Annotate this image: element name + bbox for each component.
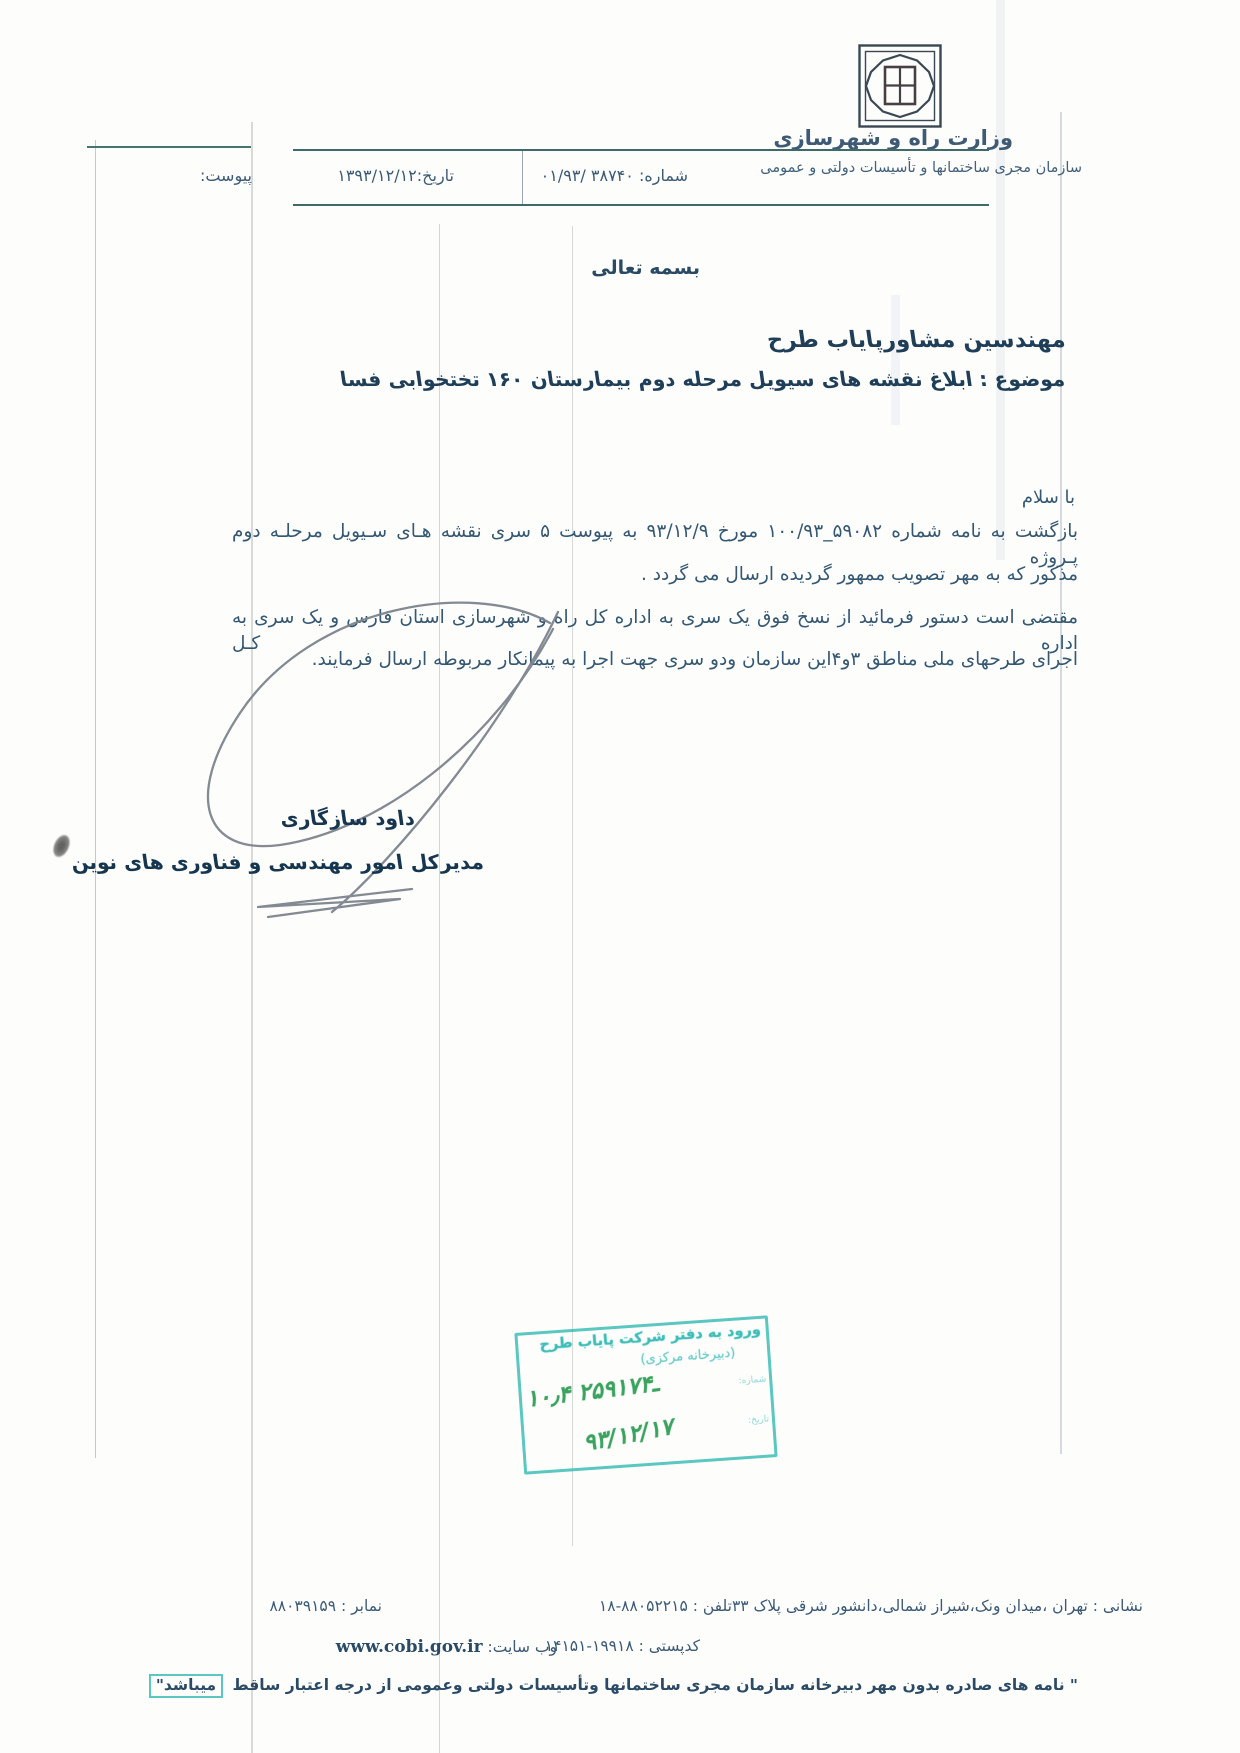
page-edge-left	[95, 140, 96, 1458]
ministry-logo	[858, 44, 942, 128]
letter-number-value: ۰۱/۹۳/ ۳۸۷۴۰	[541, 166, 634, 185]
stamp-subtitle: (دبیرخانه مرکزی)	[640, 1346, 736, 1368]
stamp-date-value: ۹۳/۱۲/۱۷	[581, 1414, 675, 1457]
stamp-date-label: تاریخ:	[748, 1414, 770, 1425]
letter-number-field: شماره: ۰۱/۹۳/ ۳۸۷۴۰	[541, 166, 688, 185]
signature-scribble	[150, 555, 610, 935]
footer-website: وب سایت: www.cobi.gov.ir	[336, 1637, 557, 1657]
stamp-number-value: ۱۰٫۴ ۲ـ۵۹۱۷۴	[525, 1371, 661, 1413]
organization-name: سازمان مجری ساختمانها و تأسیسات دولتی و …	[760, 160, 1082, 176]
entry-stamp: ورود به دفتر شرکت پایاب طرح (دبیرخانه مر…	[514, 1315, 777, 1474]
footer-website-label: وب سایت:	[488, 1638, 557, 1656]
fold-line-1	[251, 122, 253, 1753]
footer-postal-label: کدپستی :	[634, 1637, 700, 1655]
besmele: بسمه تعالی	[591, 257, 700, 279]
stamp-number-label: شماره:	[738, 1375, 766, 1387]
scan-streak-1	[996, 0, 1005, 560]
recipient-line: مهندسین مشاورپایاب طرح	[765, 327, 1067, 353]
field-divider	[522, 151, 523, 204]
rule-bottom	[293, 204, 989, 206]
subject-line: موضوع : ابلاغ نقشه های سیویل مرحله دوم ب…	[339, 367, 1067, 391]
scanned-letter-page: { "header": { "ministry": "وزارت راه و ش…	[0, 0, 1240, 1753]
footer-phone: ۱۸-۸۸۰۵۲۲۱۵	[599, 1597, 688, 1615]
letter-date-field: تاریخ:۱۳۹۳/۱۲/۱۲	[337, 166, 454, 185]
footer-address: نشانی : تهران ،میدان ونک،شیراز شمالی،دان…	[599, 1597, 1143, 1615]
scan-streak-2	[891, 295, 900, 425]
footer-fax-label: نمابر :	[336, 1597, 382, 1615]
footer-fax-number: ۸۸۰۳۹۱۵۹	[269, 1597, 336, 1615]
signatory-title: مدیرکل امور مهندسی و فناوری های نوین	[69, 850, 485, 874]
rule-top-left	[87, 146, 251, 148]
letter-number-label: شماره:	[639, 166, 688, 185]
attachment-label: پیوست:	[200, 166, 252, 185]
rule-top	[293, 149, 989, 151]
footer-disclaimer: " نامه های صادره بدون مهر دبیرخانه سازما…	[149, 1674, 1078, 1698]
letter-date-label: تاریخ:	[417, 166, 454, 185]
footer-address-text: نشانی : تهران ،میدان ونک،شیراز شمالی،دان…	[688, 1597, 1143, 1615]
fold-line-2	[439, 224, 440, 1753]
letter-date-value: ۱۳۹۳/۱۲/۱۲	[337, 166, 417, 185]
footer-website-url: www.cobi.gov.ir	[336, 1637, 483, 1657]
disclaimer-text: " نامه های صادره بدون مهر دبیرخانه سازما…	[227, 1676, 1078, 1694]
signatory-name: داود سازگاری	[278, 806, 416, 830]
disclaimer-highlight: میباشد"	[149, 1674, 223, 1698]
salutation: با سلام	[1022, 487, 1075, 508]
footer-postal-code: ۱۴۱۵۱-۱۹۹۱۸	[545, 1637, 634, 1655]
page-edge-right	[1060, 112, 1062, 1454]
footer-fax: نمابر : ۸۸۰۳۹۱۵۹	[269, 1597, 382, 1615]
footer-postal: کدپستی : ۱۴۱۵۱-۱۹۹۱۸	[545, 1637, 700, 1655]
ministry-name: وزارت راه و شهرسازی	[773, 126, 1013, 150]
attachment-field: پیوست:	[200, 166, 252, 185]
